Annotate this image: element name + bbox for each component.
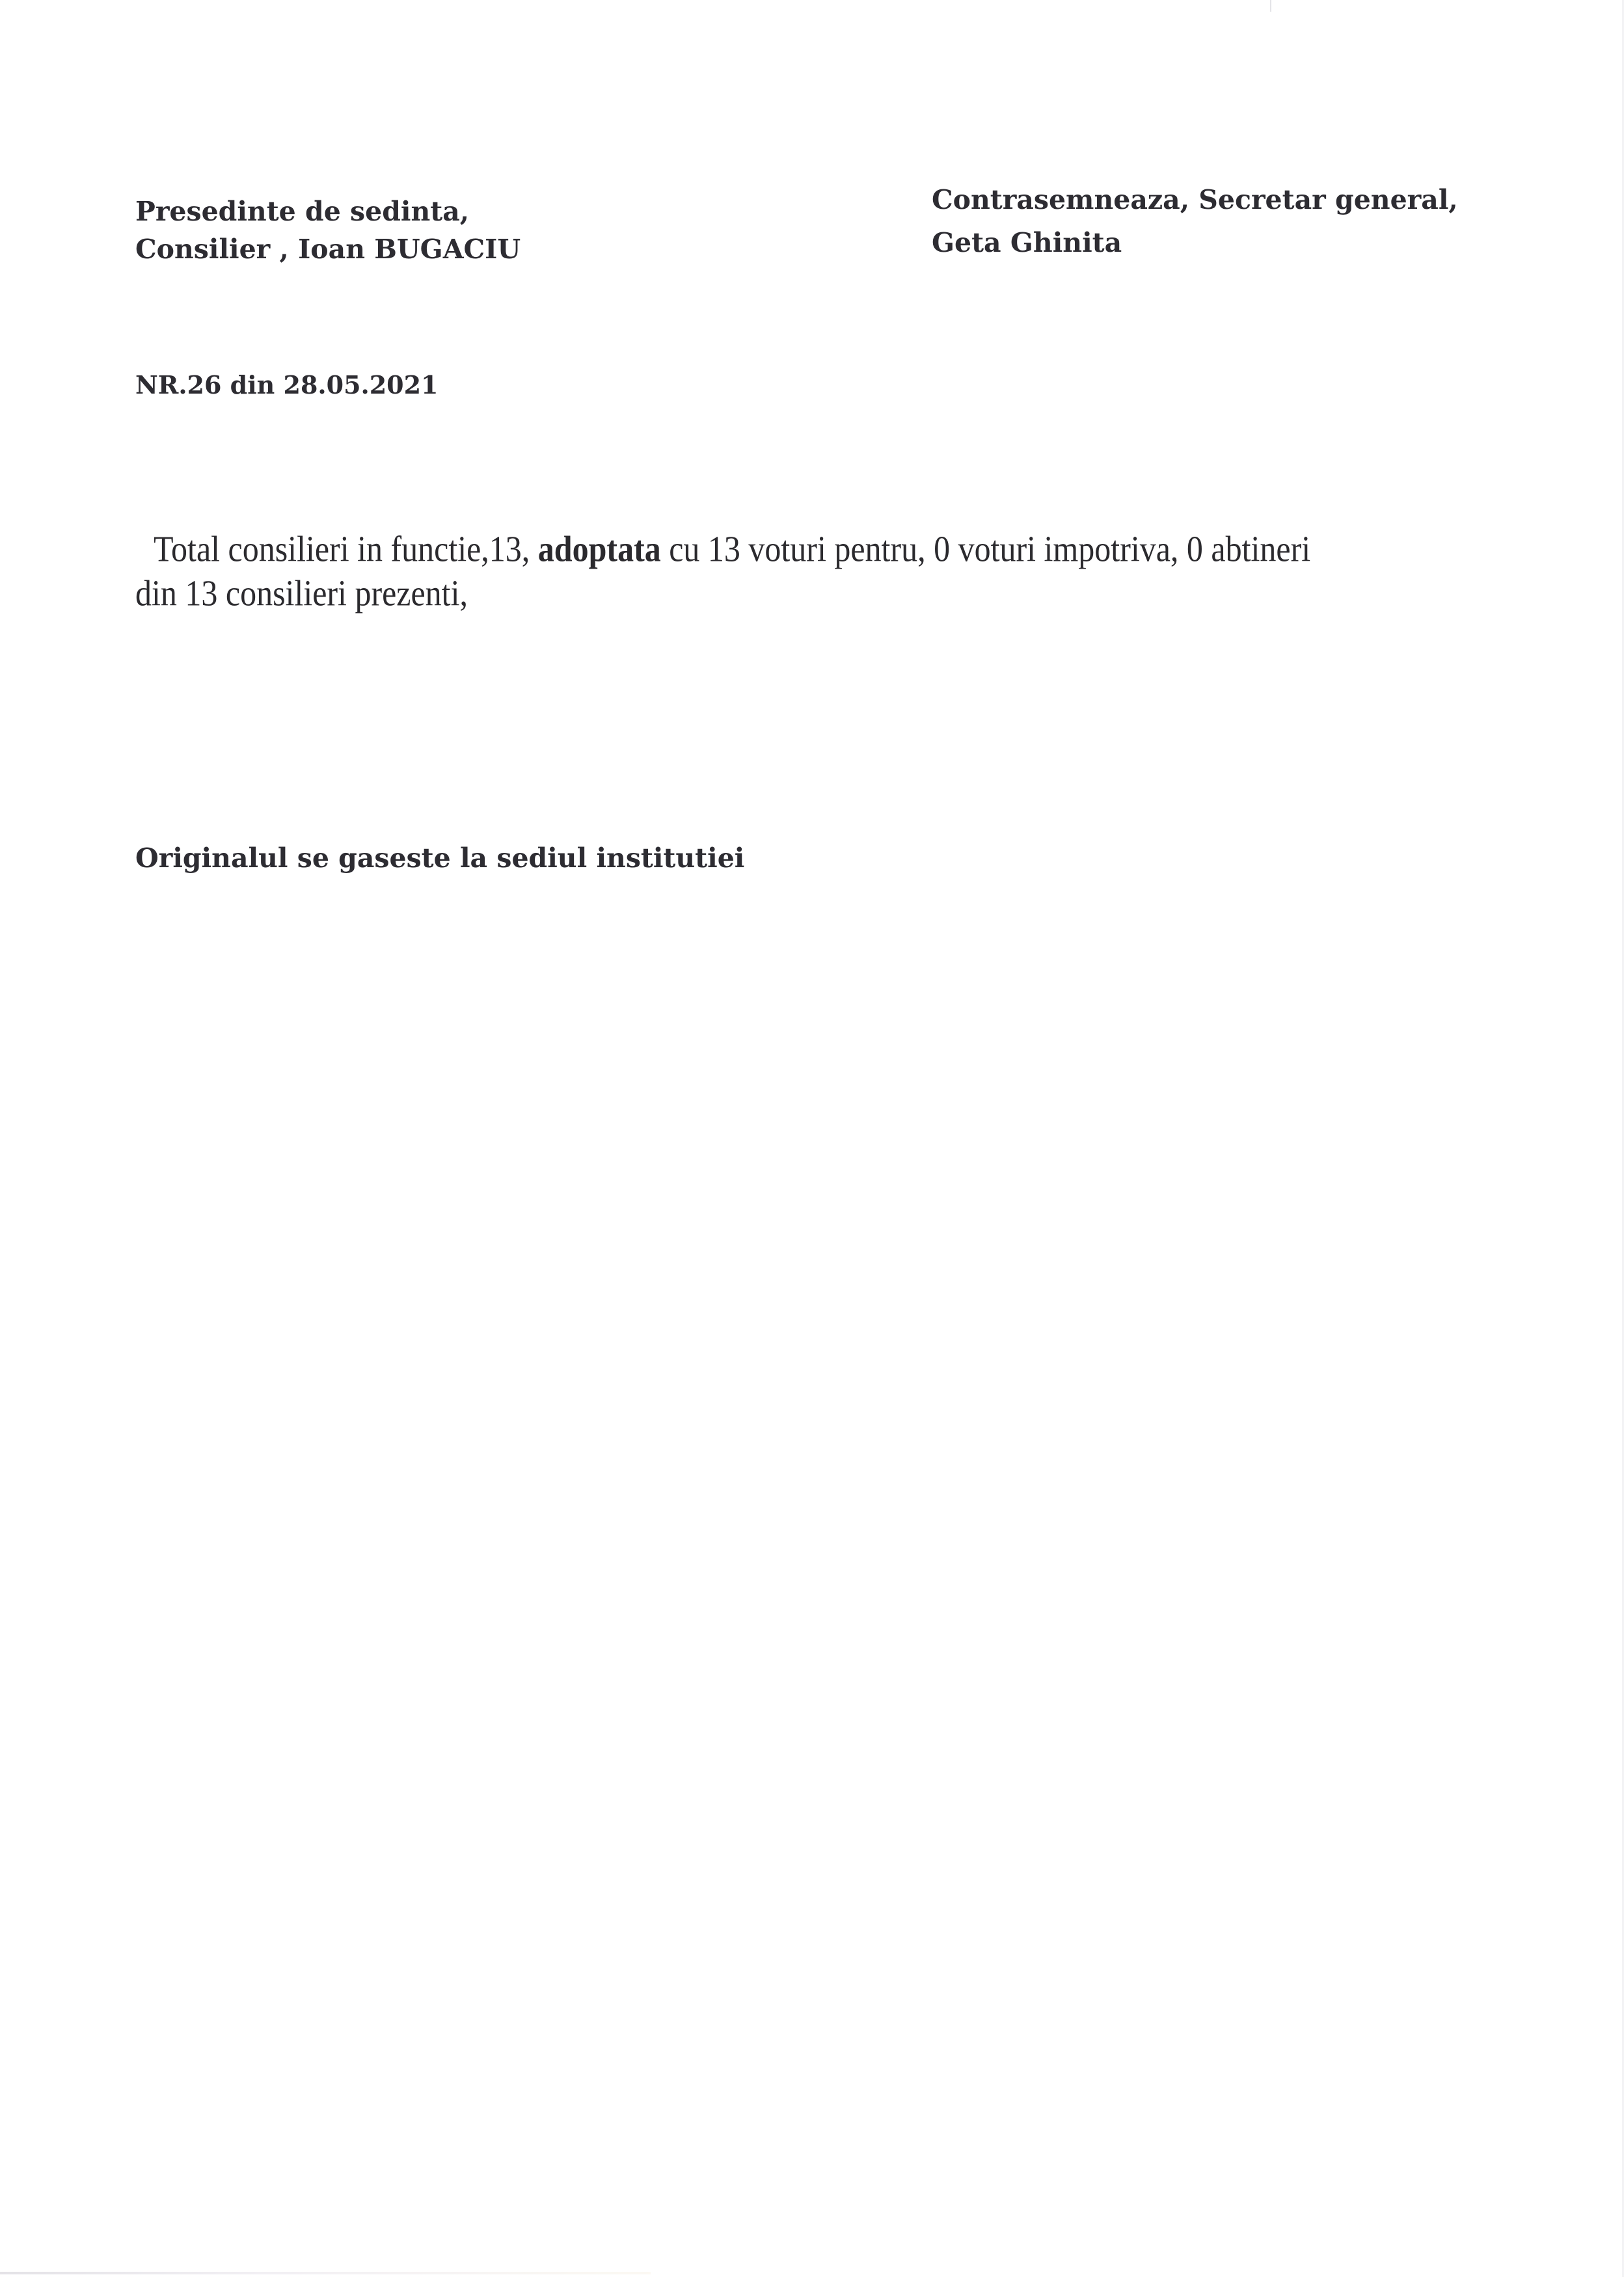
scan-artifact-top <box>1270 0 1271 12</box>
secretary-title: Contrasemneaza, Secretar general, <box>932 178 1458 221</box>
session-president-signature-block: Presedinte de sedinta, Consilier , Ioan … <box>135 193 521 268</box>
vote-summary-prefix: Total consilieri in functie,13, <box>154 528 538 569</box>
vote-summary-suffix: cu 13 voturi pentru, 0 voturi impotriva,… <box>661 528 1310 569</box>
session-president-title: Presedinte de sedinta, <box>135 193 521 230</box>
secretary-name: Geta Ghinita <box>932 221 1458 264</box>
vote-summary-line-2: din 13 consilieri prezenti, <box>135 571 468 615</box>
secretary-signature-block: Contrasemneaza, Secretar general, Geta G… <box>932 178 1458 264</box>
vote-summary-adopted: adoptata <box>538 528 661 569</box>
vote-summary-line-1: Total consilieri in functie,13, adoptata… <box>154 527 1310 571</box>
document-page: Presedinte de sedinta, Consilier , Ioan … <box>0 0 1624 2277</box>
scan-artifact-bottom <box>0 2272 651 2274</box>
document-number: NR.26 din 28.05.2021 <box>135 366 439 404</box>
original-location-note: Originalul se gaseste la sediul institut… <box>135 839 744 877</box>
session-president-name: Consilier , Ioan BUGACIU <box>135 230 521 268</box>
